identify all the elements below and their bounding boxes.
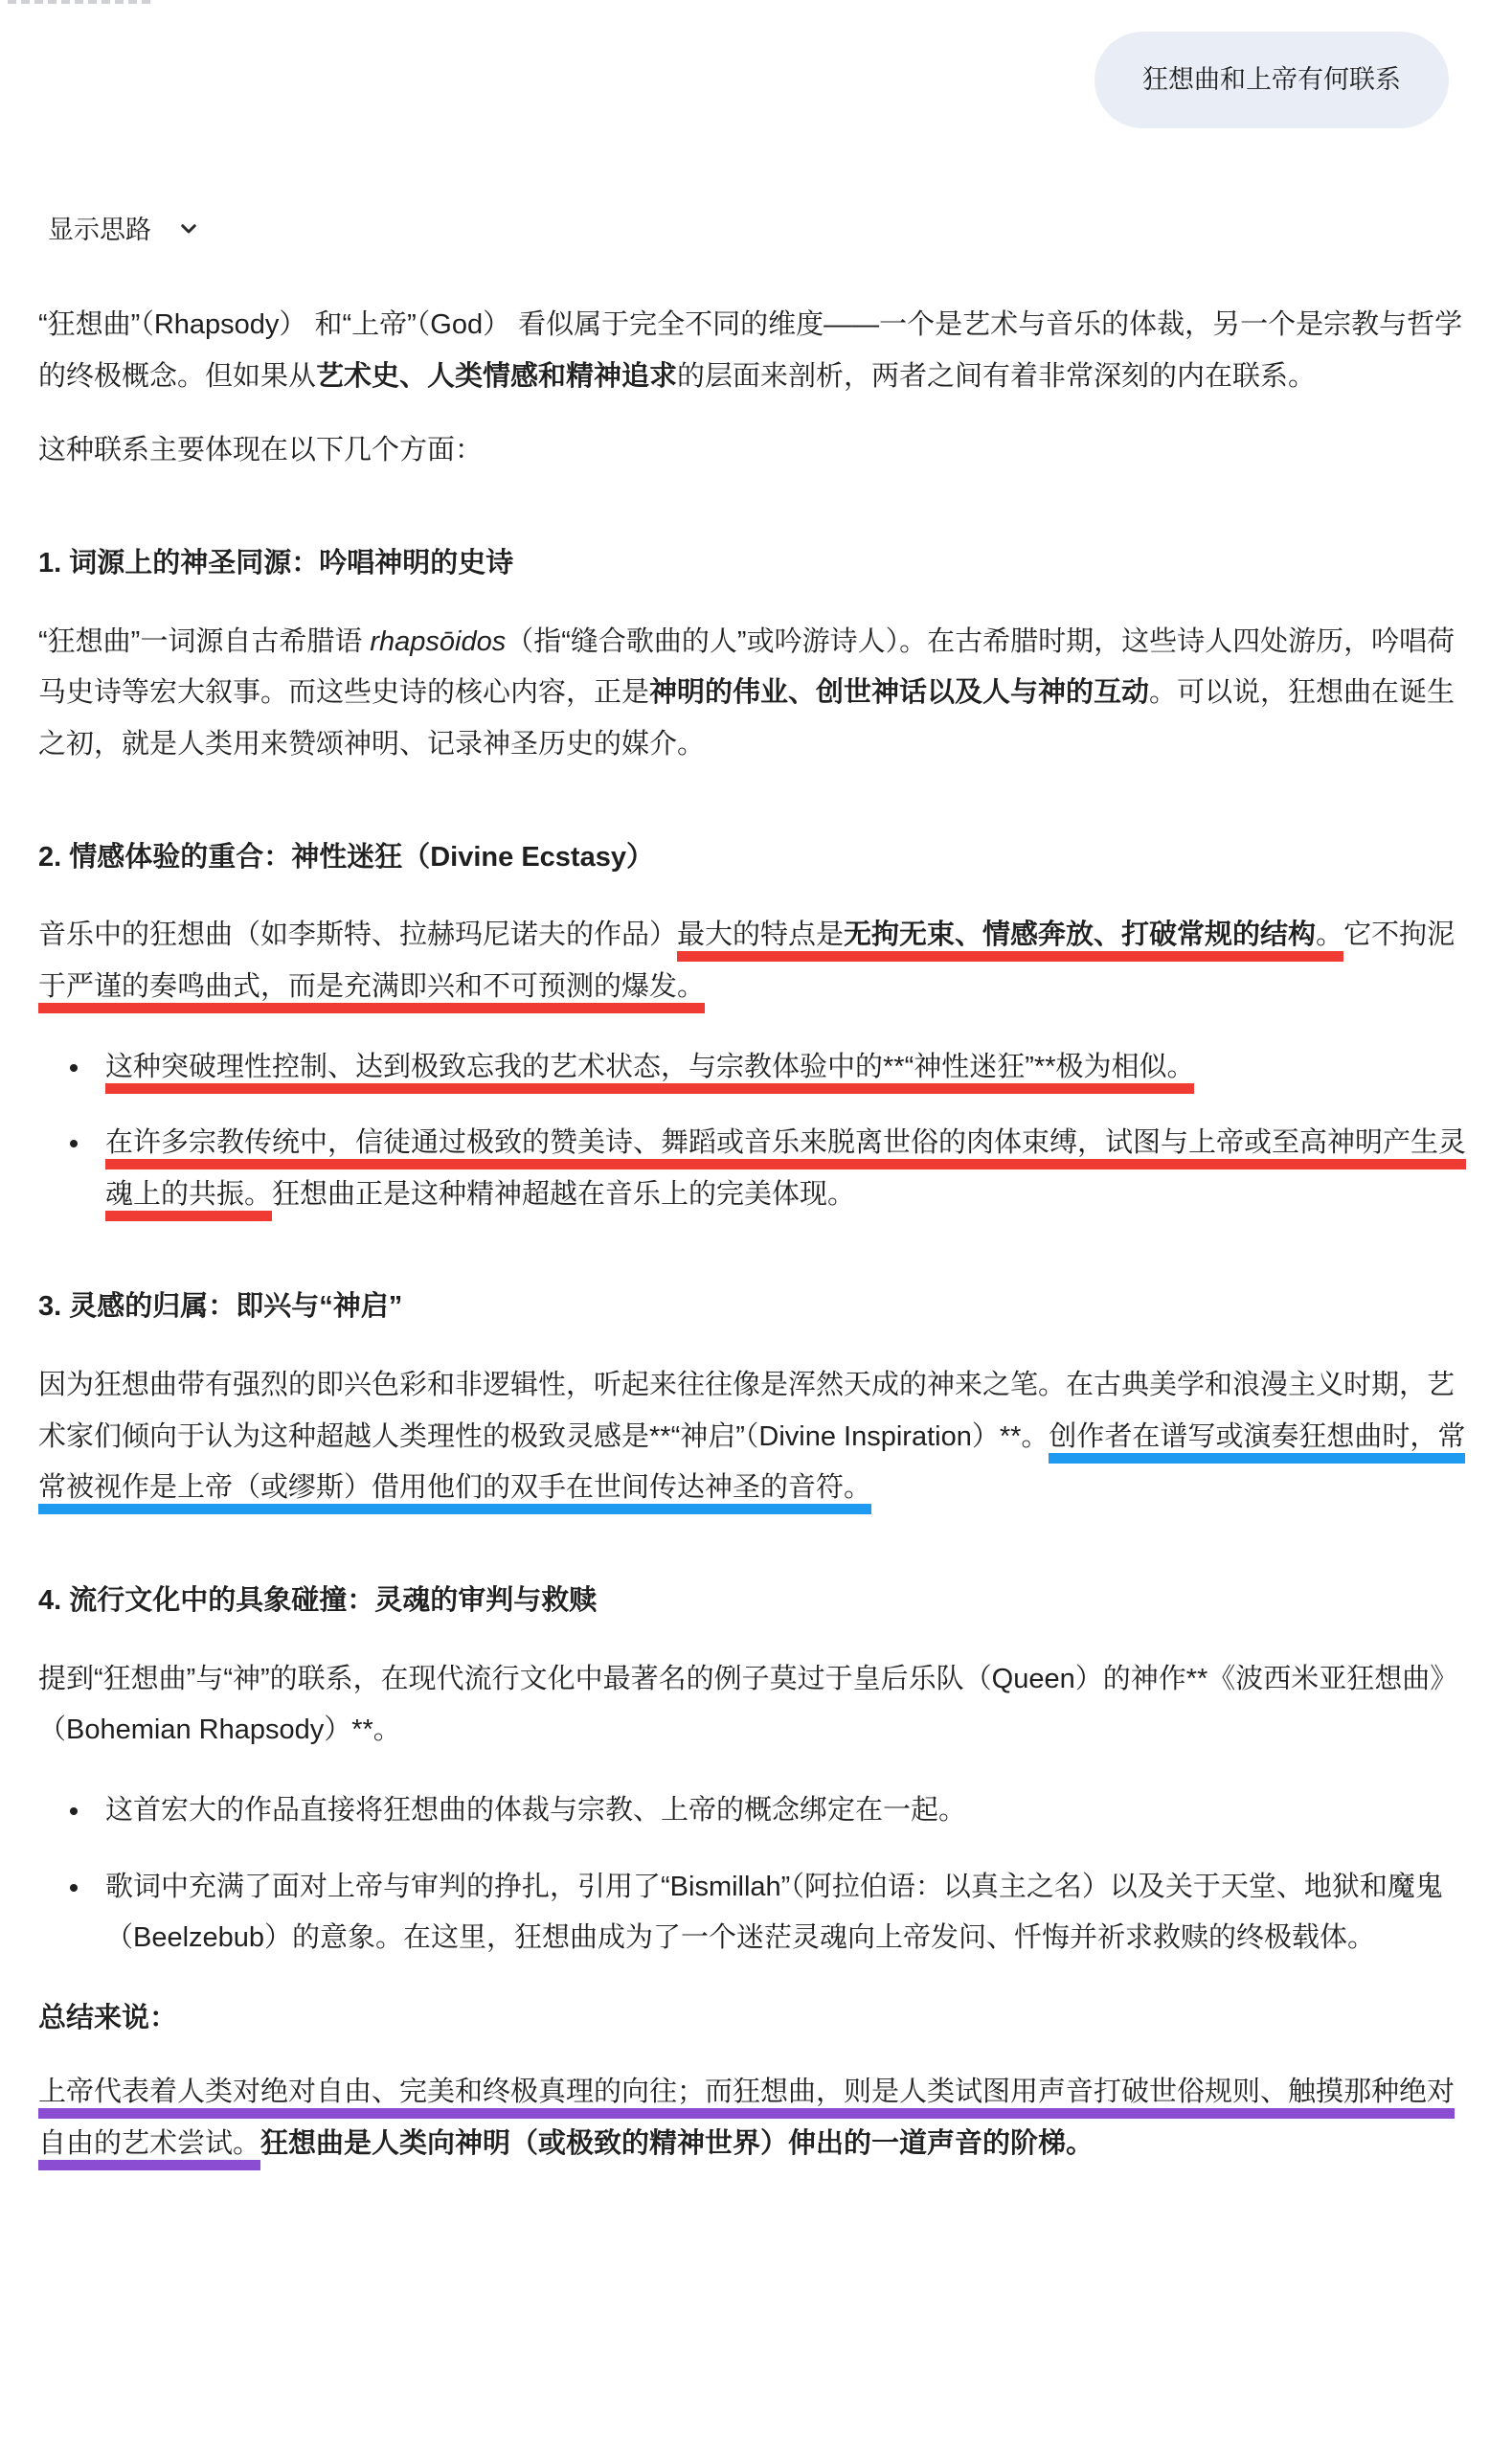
paragraph: 提到“狂想曲”与“神”的联系，在现代流行文化中最著名的例子莫过于皇后乐队（Que… bbox=[38, 1654, 1474, 1757]
section-heading: 1. 词源上的神圣同源：吟唱神明的史诗 bbox=[38, 538, 1474, 590]
annotated-text-purple: 上帝代表着人类对绝对自由、完美和终极真理的向往； bbox=[38, 2077, 705, 2120]
paragraph: 这种联系主要体现在以下几个方面： bbox=[38, 425, 1474, 477]
user-message-bubble: 狂想曲和上帝有何联系 bbox=[1095, 32, 1449, 128]
bullet-list: 这首宏大的作品直接将狂想曲的体裁与宗教、上帝的概念绑定在一起。歌词中充满了面对上… bbox=[38, 1785, 1474, 1964]
text-run: 狂想曲是人类向神明（或极致的精神世界）伸出的一道声音的阶梯。 bbox=[260, 2128, 1094, 2159]
text-run: rhapsōidos bbox=[370, 626, 506, 657]
text-run: 它不拘泥 bbox=[1343, 919, 1455, 950]
text-run: 总结来说： bbox=[38, 2003, 177, 2033]
text-run: 歌词中充满了面对上帝与审判的挣扎，引用了“Bismillah”（阿拉伯语：以真主… bbox=[105, 1872, 1443, 1954]
list-item: 这首宏大的作品直接将狂想曲的体裁与宗教、上帝的概念绑定在一起。 bbox=[92, 1785, 1474, 1837]
annotated-text-red: 这种突破理性控制、达到极致忘我的艺术状态， bbox=[105, 1052, 688, 1095]
show-thoughts-toggle[interactable]: 显示思路 bbox=[48, 209, 203, 246]
paragraph: 上帝代表着人类对绝对自由、完美和终极真理的向往；而狂想曲，则是人类试图用声音打破… bbox=[38, 2067, 1474, 2169]
text-run: 狂想曲正是这种精神超越在音乐上的完美体现。 bbox=[272, 1179, 855, 1210]
paragraph: 因为狂想曲带有强烈的即兴色彩和非逻辑性，听起来往往像是浑然天成的神来之笔。在古典… bbox=[38, 1360, 1474, 1514]
text-run: 艺术史、人类情感和精神追求 bbox=[316, 361, 677, 392]
text-run: 4. 流行文化中的具象碰撞：灵魂的审判与救赎 bbox=[38, 1585, 597, 1616]
text-run: 这种联系主要体现在以下几个方面： bbox=[38, 435, 483, 465]
user-message-row: 狂想曲和上帝有何联系 bbox=[38, 32, 1474, 128]
paragraph: “狂想曲”（Rhapsody） 和“上帝”（God） 看似属于完全不同的维度——… bbox=[38, 300, 1474, 402]
annotated-text-red: 于严谨的奏鸣曲式，而是充满即兴和不可预测的爆发。 bbox=[38, 971, 705, 1014]
show-thoughts-label: 显示思路 bbox=[48, 209, 151, 246]
bullet-list: 这种突破理性控制、达到极致忘我的艺术状态，与宗教体验中的**“神性迷狂”**极为… bbox=[38, 1042, 1474, 1221]
text-run: 音乐中的狂想曲（如李斯特、拉赫玛尼诺夫的作品） bbox=[38, 919, 677, 950]
list-item: 这种突破理性控制、达到极致忘我的艺术状态，与宗教体验中的**“神性迷狂”**极为… bbox=[92, 1042, 1474, 1094]
text-run: 1. 词源上的神圣同源：吟唱神明的史诗 bbox=[38, 548, 513, 579]
text-run: 2. 情感体验的重合：神性迷狂（Divine Ecstasy） bbox=[38, 842, 654, 873]
list-item: 在许多宗教传统中，信徒通过极致的赞美诗、舞蹈或音乐来脱离世俗的肉体束缚，试图与上… bbox=[92, 1118, 1474, 1220]
section-heading: 3. 灵感的归属：即兴与“神启” bbox=[38, 1282, 1474, 1333]
paragraph: 音乐中的狂想曲（如李斯特、拉赫玛尼诺夫的作品）最大的特点是无拘无束、情感奔放、打… bbox=[38, 910, 1474, 1012]
text-run: 神明的伟业、创世神话以及人与神的互动 bbox=[649, 677, 1149, 708]
text-run: 3. 灵感的归属：即兴与“神启” bbox=[38, 1291, 402, 1322]
response-blocks: “狂想曲”（Rhapsody） 和“上帝”（God） 看似属于完全不同的维度——… bbox=[38, 300, 1474, 2170]
chevron-down-icon bbox=[174, 214, 203, 242]
text-run: 的层面来剖析，两者之间有着非常深刻的内在联系。 bbox=[677, 361, 1316, 392]
text-run: 提到“狂想曲”与“神”的联系，在现代流行文化中最著名的例子莫过于皇后乐队（Que… bbox=[38, 1664, 1457, 1746]
annotated-text-red: 与宗教体验中的**“神性迷狂”**极为相似。 bbox=[688, 1052, 1194, 1095]
annotated-text-red: 无拘无束、情感奔放、打破常规的结构 bbox=[844, 919, 1316, 963]
text-run: “狂想曲”一词源自古希腊语 bbox=[38, 626, 370, 657]
paragraph: 总结来说： bbox=[38, 1993, 1474, 2045]
text-run: 这首宏大的作品直接将狂想曲的体裁与宗教、上帝的概念绑定在一起。 bbox=[105, 1795, 966, 1826]
list-item: 歌词中充满了面对上帝与审判的挣扎，引用了“Bismillah”（阿拉伯语：以真主… bbox=[92, 1862, 1474, 1964]
paragraph: “狂想曲”一词源自古希腊语 rhapsōidos（指“缝合歌曲的人”或吟游诗人）… bbox=[38, 617, 1474, 771]
section-heading: 2. 情感体验的重合：神性迷狂（Divine Ecstasy） bbox=[38, 832, 1474, 884]
annotated-text-red: 。 bbox=[1316, 919, 1343, 963]
section-heading: 4. 流行文化中的具象碰撞：灵魂的审判与救赎 bbox=[38, 1576, 1474, 1627]
chat-page: 狂想曲和上帝有何联系 显示思路 “狂想曲”（Rhapsody） 和“上帝”（Go… bbox=[0, 0, 1512, 2260]
clipped-content-sliver bbox=[8, 0, 151, 4]
annotated-text-red: 最大的特点是 bbox=[677, 919, 844, 963]
